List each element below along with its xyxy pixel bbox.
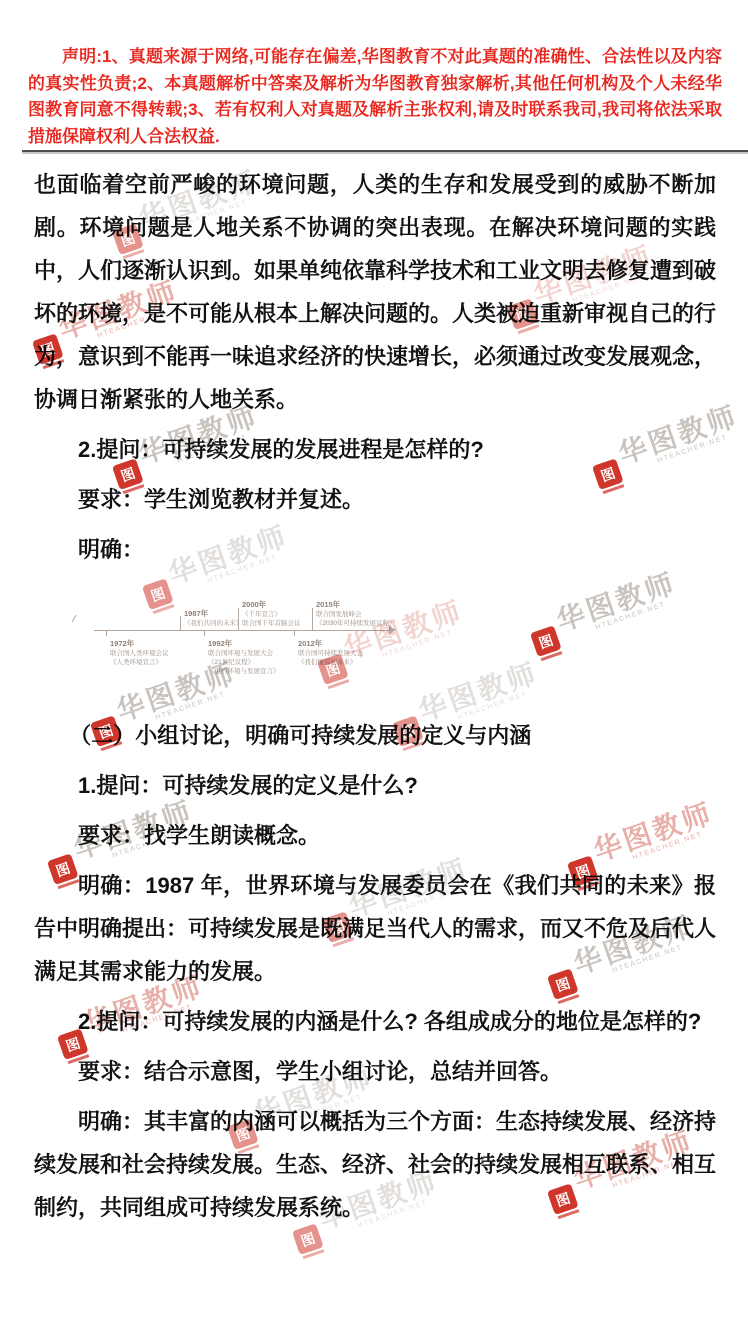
timeline-connector bbox=[294, 631, 295, 636]
lesson-plan-content: 也面临着空前严峻的环境问题，人类的生存和发展受到的威胁不断加剧。环境问题是人地关… bbox=[34, 163, 716, 1236]
body-paragraph: 2.提问：可持续发展的发展进程是怎样的? bbox=[34, 428, 716, 471]
timeline-event: 1987年 《我们共同的未来》 bbox=[184, 609, 243, 628]
timeline-event: 2000年 《千年宣言》 联合国千年首脑会议 bbox=[242, 600, 301, 628]
timeline-event: 1992年 联合国环境与发展大会 《21世纪议程》 《里约环境与发展宣言》 bbox=[208, 639, 280, 676]
body-paragraph: 明确：其丰富的内涵可以概括为三个方面：生态持续发展、经济持续发展和社会持续发展。… bbox=[34, 1100, 716, 1229]
timeline-event: 2015年 联合国发展峰会 《2030年可持续发展议程》 bbox=[316, 600, 395, 628]
timeline-connector bbox=[106, 631, 107, 636]
document-page: { "colors":{ "disclaimer_red":"#e8261d",… bbox=[0, 0, 748, 1335]
body-paragraph: 1.提问：可持续发展的定义是什么? bbox=[34, 764, 716, 807]
timeline-start-mark bbox=[72, 615, 77, 622]
body-paragraph: 也面临着空前严峻的环境问题，人类的生存和发展受到的威胁不断加剧。环境问题是人地关… bbox=[34, 163, 716, 421]
body-paragraph: 要求：学生浏览教材并复述。 bbox=[34, 478, 716, 521]
disclaimer-label: 声明: bbox=[62, 47, 102, 66]
disclaimer-text: 声明:1、真题来源于网络,可能存在偏差,华图教育不对此真题的准确性、合法性以及内… bbox=[28, 44, 722, 150]
body-paragraph: 2.提问：可持续发展的内涵是什么? 各组成成分的地位是怎样的? bbox=[34, 1000, 716, 1043]
body-paragraph: 要求：找学生朗读概念。 bbox=[34, 814, 716, 857]
timeline-connector bbox=[180, 616, 181, 630]
timeline-event: 1972年 联合国人类环境会议 《人类环境宣言》 bbox=[110, 639, 169, 667]
timeline-axis bbox=[94, 630, 390, 631]
disclaimer-body: 1、真题来源于网络,可能存在偏差,华图教育不对此真题的准确性、合法性以及内容的真… bbox=[28, 47, 722, 146]
body-paragraph: 明确： bbox=[34, 528, 716, 571]
body-paragraph: 要求：结合示意图，学生小组讨论，总结并回答。 bbox=[34, 1050, 716, 1093]
body-paragraph: 明确：1987 年，世界环境与发展委员会在《我们共同的未来》报告中明确提出：可持… bbox=[34, 864, 716, 993]
timeline-connector bbox=[204, 631, 205, 636]
timeline-connector bbox=[312, 608, 313, 630]
timeline-event: 2012年 联合国可持续发展大会 《我们憧憬的未来》 bbox=[298, 639, 363, 667]
section-heading: （二）小组讨论，明确可持续发展的定义与内涵 bbox=[34, 714, 716, 757]
sustainable-development-timeline: 1987年 《我们共同的未来》 2000年 《千年宣言》 联合国千年首脑会议 2… bbox=[88, 578, 508, 706]
horizontal-divider bbox=[22, 150, 748, 152]
